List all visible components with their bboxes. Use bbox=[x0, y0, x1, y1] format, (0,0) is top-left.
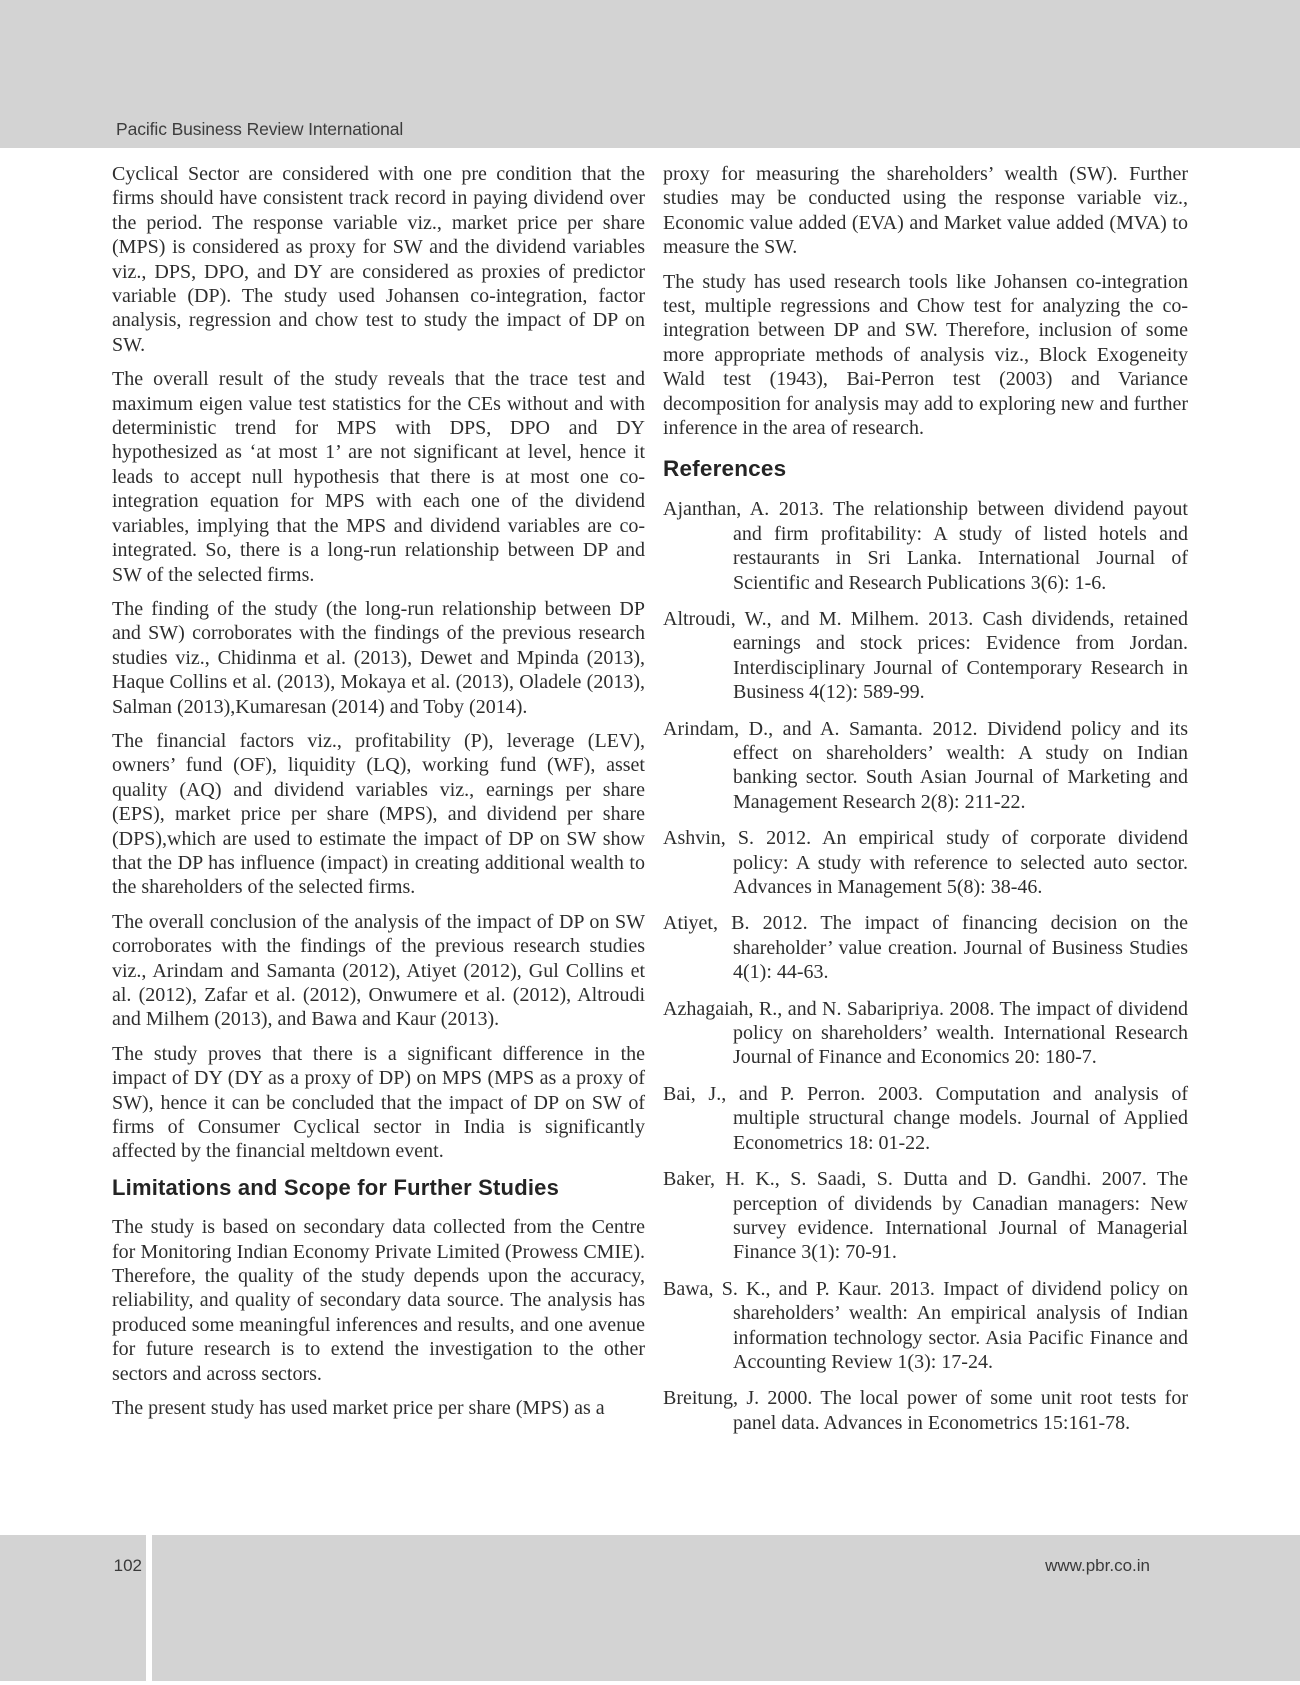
reference-entry: Altroudi, W., and M. Milhem. 2013. Cash … bbox=[663, 607, 1188, 705]
page-footer-band: 102 www.pbr.co.in bbox=[0, 1535, 1300, 1681]
reference-entry: Breitung, J. 2000. The local power of so… bbox=[663, 1386, 1188, 1435]
page-number: 102 bbox=[0, 1556, 142, 1576]
footer-left-block: 102 bbox=[0, 1535, 146, 1681]
reference-entry: Ajanthan, A. 2013. The relationship betw… bbox=[663, 497, 1188, 595]
journal-title: Pacific Business Review International bbox=[116, 120, 403, 139]
paragraph: proxy for measuring the shareholders’ we… bbox=[663, 162, 1188, 260]
paragraph: The overall conclusion of the analysis o… bbox=[112, 910, 645, 1032]
section-heading-limitations: Limitations and Scope for Further Studie… bbox=[112, 1175, 645, 1200]
paragraph: The financial factors viz., profitabilit… bbox=[112, 729, 645, 900]
left-column: Cyclical Sector are considered with one … bbox=[112, 162, 645, 1430]
reference-entry: Arindam, D., and A. Samanta. 2012. Divid… bbox=[663, 717, 1188, 815]
paragraph: Cyclical Sector are considered with one … bbox=[112, 162, 645, 357]
website-url: www.pbr.co.in bbox=[152, 1556, 1150, 1576]
paragraph: The present study has used market price … bbox=[112, 1396, 645, 1420]
paragraph: The study has used research tools like J… bbox=[663, 270, 1188, 441]
paragraph: The study proves that there is a signifi… bbox=[112, 1042, 645, 1164]
right-column: proxy for measuring the shareholders’ we… bbox=[663, 162, 1188, 1447]
reference-entry: Ashvin, S. 2012. An empirical study of c… bbox=[663, 826, 1188, 899]
paragraph: The study is based on secondary data col… bbox=[112, 1215, 645, 1386]
reference-entry: Baker, H. K., S. Saadi, S. Dutta and D. … bbox=[663, 1167, 1188, 1265]
paragraph: The overall result of the study reveals … bbox=[112, 367, 645, 587]
reference-entry: Bawa, S. K., and P. Kaur. 2013. Impact o… bbox=[663, 1277, 1188, 1375]
page-header-band: Pacific Business Review International bbox=[0, 0, 1300, 148]
reference-entry: Bai, J., and P. Perron. 2003. Computatio… bbox=[663, 1082, 1188, 1155]
section-heading-references: References bbox=[663, 456, 1188, 482]
reference-entry: Azhagaiah, R., and N. Sabaripriya. 2008.… bbox=[663, 997, 1188, 1070]
footer-right-block: www.pbr.co.in bbox=[152, 1535, 1300, 1681]
reference-entry: Atiyet, B. 2012. The impact of financing… bbox=[663, 911, 1188, 984]
paragraph: The finding of the study (the long-run r… bbox=[112, 597, 645, 719]
